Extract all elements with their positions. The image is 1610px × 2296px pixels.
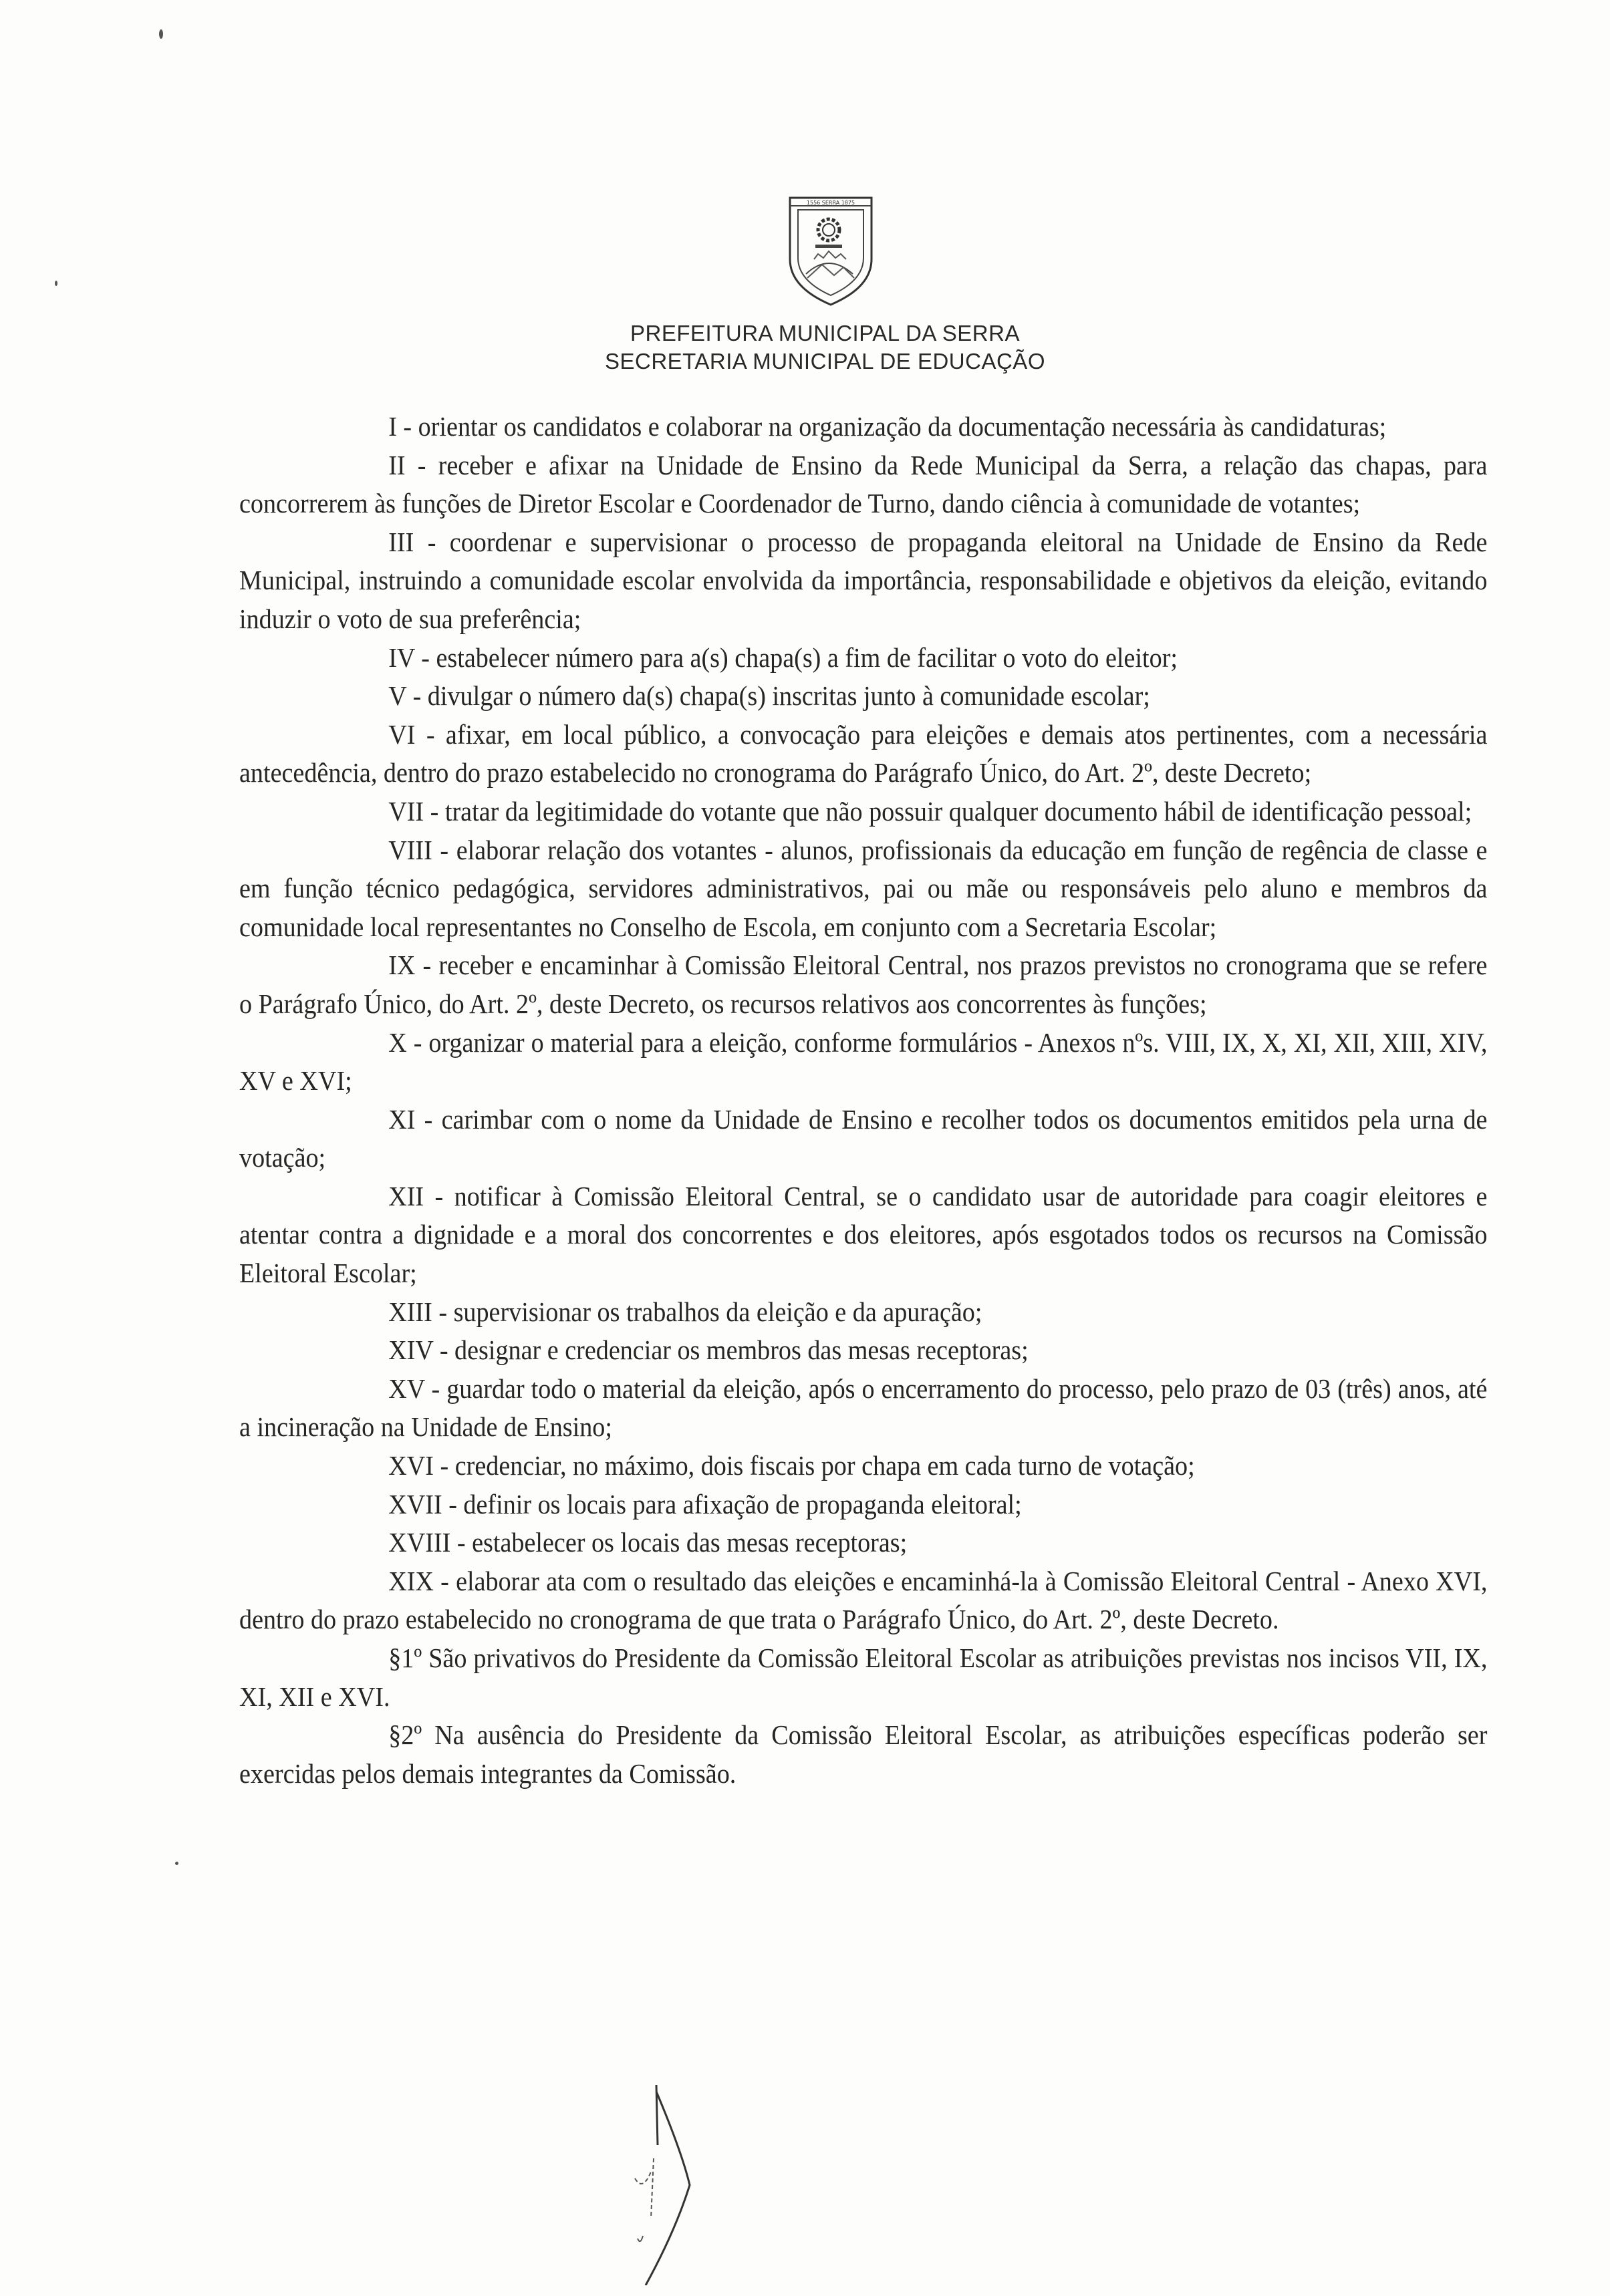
inciso-xii: XII - notificar à Comissão Eleitoral Cen… [239, 1177, 1487, 1293]
inciso-xi: XI - carimbar com o nome da Unidade de E… [239, 1101, 1487, 1177]
inciso-xix: XIX - elaborar ata com o resultado das e… [239, 1562, 1487, 1639]
header-secretaria: SECRETARIA MUNICIPAL DE EDUCAÇÃO [0, 347, 1610, 376]
inciso-xviii: XVIII - estabelecer os locais das mesas … [239, 1524, 1487, 1562]
scan-speck [175, 1862, 178, 1865]
inciso-xvii: XVII - definir os locais para afixação d… [239, 1485, 1487, 1524]
inciso-xv: XV - guardar todo o material da eleição,… [239, 1370, 1487, 1447]
inciso-xiii: XIII - supervisionar os trabalhos da ele… [239, 1293, 1487, 1332]
inciso-vi: VI - afixar, em local público, a convoca… [239, 716, 1487, 793]
inciso-ix: IX - receber e encaminhar à Comissão Ele… [239, 946, 1487, 1023]
inciso-v: V - divulgar o número da(s) chapa(s) ins… [239, 677, 1487, 716]
scan-speck [159, 29, 163, 39]
paragraph-1: §1º São privativos do Presidente da Comi… [239, 1639, 1487, 1716]
paragraph-2: §2º Na ausência do Presidente da Comissã… [239, 1716, 1487, 1793]
scan-speck [55, 281, 57, 286]
inciso-ii: II - receber e afixar na Unidade de Ensi… [239, 446, 1487, 523]
inciso-x: X - organizar o material para a eleição,… [239, 1024, 1487, 1101]
inciso-i: I - orientar os candidatos e colaborar n… [239, 408, 1487, 446]
inciso-xiv: XIV - designar e credenciar os membros d… [239, 1331, 1487, 1370]
document-header: PREFEITURA MUNICIPAL DA SERRA SECRETARIA… [0, 319, 1610, 376]
inciso-xvi: XVI - credenciar, no máximo, dois fiscai… [239, 1447, 1487, 1485]
inciso-iii: III - coordenar e supervisionar o proces… [239, 523, 1487, 639]
municipal-coat-of-arms-icon: 1556 SERRA 1875 [787, 195, 874, 307]
inciso-viii: VIII - elaborar relação dos votantes - a… [239, 831, 1487, 947]
header-prefeitura: PREFEITURA MUNICIPAL DA SERRA [0, 319, 1610, 347]
document-body: I - orientar os candidatos e colaborar n… [239, 408, 1487, 1793]
handwritten-initials-icon [581, 2085, 715, 2285]
svg-text:1556 SERRA 1875: 1556 SERRA 1875 [807, 200, 855, 206]
inciso-iv: IV - estabelecer número para a(s) chapa(… [239, 639, 1487, 678]
inciso-vii: VII - tratar da legitimidade do votante … [239, 793, 1487, 831]
scanned-document-page: 1556 SERRA 1875 PREFEITURA MUNICIPAL DA … [0, 0, 1610, 2296]
